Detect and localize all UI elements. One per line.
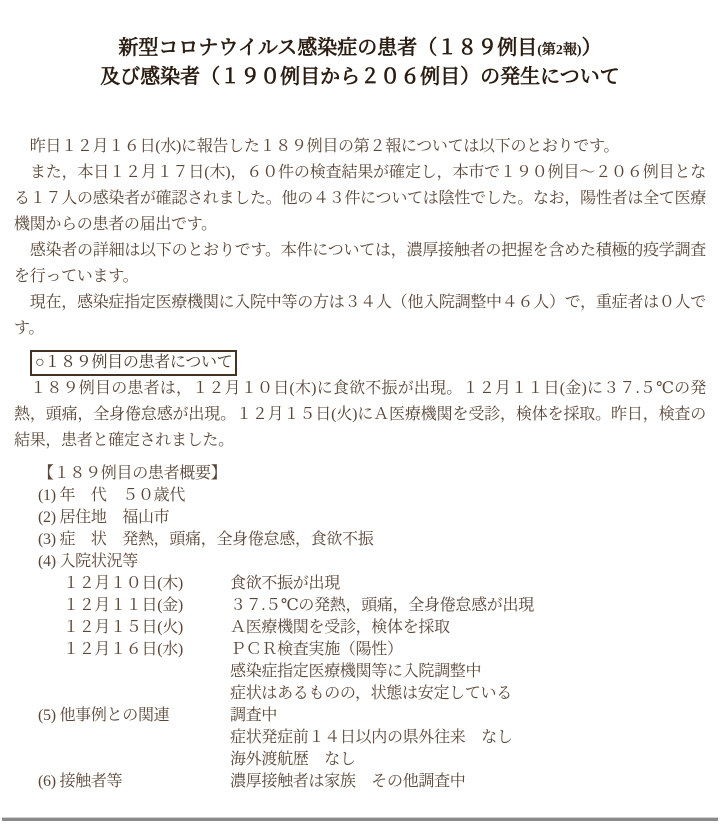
timeline-date: １２月１１日(金) [38, 595, 230, 617]
intro-paragraph-3: 感染者の詳細は以下のとおりです。本件については，濃厚接触者の把握を含めた積極的疫… [14, 238, 706, 290]
patient-summary-section: 【１８９例目の患者概要】 (1) 年 代 ５０歳代 (2) 居住地 福山市 (3… [38, 463, 706, 793]
timeline-date [38, 683, 230, 705]
title-report-number-note: (第2報) [537, 43, 581, 58]
title-line1-close: ） [582, 37, 602, 59]
timeline-date: １２月１６日(水) [38, 639, 230, 661]
summary-item-contacts: (6) 接触者等 濃厚接触者は家族 その他調査中 [38, 771, 706, 793]
timeline-row: １２月１６日(水) ＰＣＲ検査実施（陽性） [38, 639, 706, 661]
timeline-row: １２月１０日(木) 食欲不振が出現 [38, 573, 706, 595]
timeline-date: １２月１０日(木) [38, 573, 230, 595]
summary-item-hospitalization: (4) 入院状況等 [38, 551, 706, 573]
timeline-date [38, 661, 230, 683]
timeline-row: １２月１１日(金) ３７.５℃の発熱，頭痛，全身倦怠感が出現 [38, 595, 706, 617]
related-cases-label-spacer [38, 749, 230, 771]
document-title-line1: 新型コロナウイルス感染症の患者（１８９例目(第2報)） [14, 35, 706, 64]
case189-boxed-heading: ○１８９例目の患者について [30, 350, 237, 376]
intro-paragraph-1: 昨日１２月１６日(水)に報告した１８９例目の第２報については以下のとおりです。 [14, 134, 706, 160]
intro-paragraph-4: 現在，感染症指定医療機関に入院中等の方は３４人（他入院調整中４６人）で，重症者は… [14, 290, 706, 342]
related-cases-label-spacer [38, 727, 230, 749]
summary-item-related-cases: 海外渡航歴 なし [38, 749, 706, 771]
related-cases-line: 海外渡航歴 なし [230, 749, 706, 771]
contacts-value: 濃厚接触者は家族 その他調査中 [230, 771, 706, 793]
timeline-desc: ＰＣＲ検査実施（陽性） [230, 639, 706, 661]
summary-item-age: (1) 年 代 ５０歳代 [38, 485, 706, 507]
related-cases-label: (5) 他事例との関連 [38, 705, 230, 727]
timeline-date: １２月１５日(火) [38, 617, 230, 639]
contacts-label: (6) 接触者等 [38, 771, 230, 793]
intro-section: 昨日１２月１６日(水)に報告した１８９例目の第２報については以下のとおりです。 … [14, 134, 706, 342]
bottom-divider [2, 817, 718, 821]
title-line1-main: 新型コロナウイルス感染症の患者（１８９例目 [118, 37, 537, 59]
timeline-row: 症状はあるものの，状態は安定している [38, 683, 706, 705]
timeline-row: １２月１５日(火) Ａ医療機関を受診，検体を採取 [38, 617, 706, 639]
summary-item-related-cases: (5) 他事例との関連 調査中 [38, 705, 706, 727]
document-page: 新型コロナウイルス感染症の患者（１８９例目(第2報)） 及び感染者（１９０例目か… [0, 0, 720, 824]
summary-item-related-cases: 症状発症前１４日以内の県外往来 なし [38, 727, 706, 749]
timeline-desc: ３７.５℃の発熱，頭痛，全身倦怠感が出現 [230, 595, 706, 617]
document-title-line2: 及び感染者（１９０例目から２０６例目）の発生について [14, 64, 706, 90]
summary-item-residence: (2) 居住地 福山市 [38, 507, 706, 529]
timeline-desc: Ａ医療機関を受診，検体を採取 [230, 617, 706, 639]
related-cases-line: 症状発症前１４日以内の県外往来 なし [230, 727, 706, 749]
timeline-row: 感染症指定医療機関等に入院調整中 [38, 661, 706, 683]
case189-section: ○１８９例目の患者について [30, 350, 706, 376]
timeline-desc: 感染症指定医療機関等に入院調整中 [230, 661, 706, 683]
timeline-desc: 食欲不振が出現 [230, 573, 706, 595]
timeline-desc: 症状はあるものの，状態は安定している [230, 683, 706, 705]
document-title: 新型コロナウイルス感染症の患者（１８９例目(第2報)） 及び感染者（１９０例目か… [14, 35, 706, 90]
intro-paragraph-2: また，本日１２月１７日(木)，６０件の検査結果が確定し，本市で１９０例目～２０６… [14, 160, 706, 238]
case189-paragraph: １８９例目の患者は，１２月１０日(木)に食欲不振が出現。１２月１１日(金)に３７… [14, 376, 706, 454]
related-cases-line: 調査中 [230, 705, 706, 727]
summary-item-symptoms: (3) 症 状 発熱，頭痛，全身倦怠感，食欲不振 [38, 529, 706, 551]
summary-heading: 【１８９例目の患者概要】 [38, 463, 706, 485]
